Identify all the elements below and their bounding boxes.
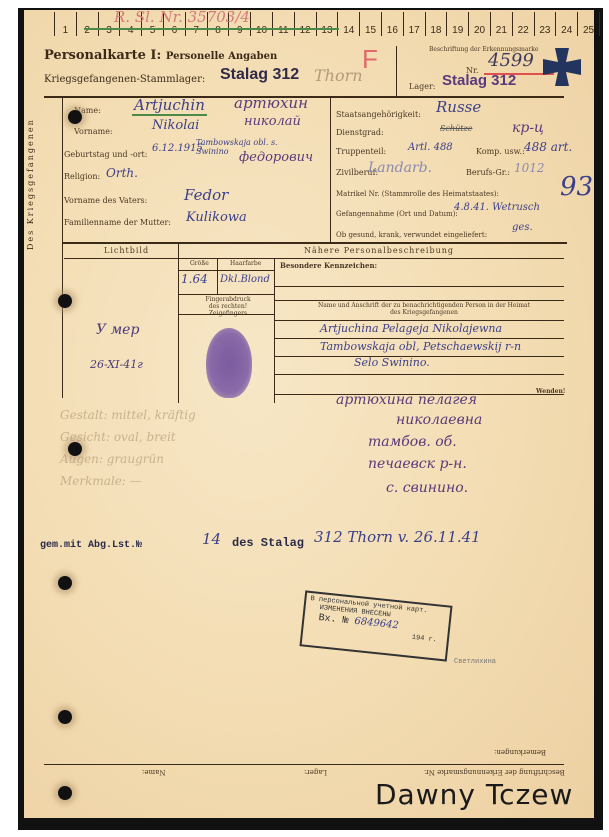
religion-value: Orth. [106,166,138,180]
pencil-merkmale: Merkmale: — [60,474,142,488]
heimat-rule-4 [274,374,564,375]
number-strip-cell: 19 [447,12,469,36]
number-strip-cell: 22 [513,12,535,36]
gesund-value: ges. [512,222,533,233]
mutter-value: Kulikowa [186,210,247,225]
heimat-line-2: Tambowskaja obl, Petschaewskij r-n [320,340,521,353]
footer-name: Name: [142,768,165,776]
vater-label: Vorname des Vaters: [64,196,147,205]
number-strip-cell: 2 [77,12,99,36]
religion-label: Religion: [64,172,100,181]
heimat-rule-2 [274,338,564,339]
number-strip-cell: 15 [360,12,382,36]
staat-label: Staatsangehörigkeit: [336,110,421,119]
lichtbild-note-2: 26-XI-41г [90,358,143,371]
cyrillic-line-3: тамбов. об. [368,434,457,450]
pencil-gestalt: Gestalt: mittel, kräftig [60,408,196,422]
heimat-rule-1 [274,320,564,321]
truppenteil-value: Artl. 488 [408,142,453,153]
staat-value: Russe [436,98,481,116]
groesse-rule [178,270,274,271]
kennzeichen-rule-1 [274,286,564,287]
matrikel-label: Matrikel Nr. (Stammrolle des Heimatstaat… [336,190,499,198]
wenden-label: Wenden! [536,388,565,395]
punch-hole [58,786,72,800]
berufsgr-label: Berufs-Gr.: [466,168,510,177]
dienstgrad-value: Schütze [440,124,472,133]
finger-label-1: Fingerabdruck [198,296,258,303]
side-number: 93 [560,172,593,202]
footer-lager: Lager: [304,768,327,776]
geburt-label: Geburtstag und -ort: [64,150,147,159]
nr-value: 4599 [488,50,534,71]
number-strip-cell: 17 [404,12,426,36]
komp-label: Komp. usw.: [476,147,525,156]
left-margin-line [62,98,63,398]
dienstgrad-label: Dienstgrad: [336,128,384,137]
cyrillic-line-2: николаевна [396,412,482,428]
kennzeichen-rule-2 [274,300,564,301]
heimat-label-2: des Kriegsgefangenen [314,309,534,316]
lichtbild-header: Lichtbild [104,246,149,255]
punch-hole [58,710,72,724]
vertical-label: Des Kriegsgefangenen [26,118,35,250]
name-cyrillic: артюхин [234,94,308,112]
stammlager-hand: Thorn [314,66,363,85]
transfer-middle: des Stalag [232,536,304,550]
stammlager-label: Kriegsgefangenen-Stammlager: [44,74,205,85]
heimat-label: Name und Anschrift der zu benachrichtige… [314,302,534,316]
vorname-value: Nikolai [152,118,199,133]
personal-divider [330,98,331,244]
registration-stamp: В персональной учетной карт. ИЗМЕНЕНИЯ В… [299,590,452,661]
heimat-label-1: Name und Anschrift der zu benachrichtige… [314,302,534,309]
number-strip-cell: 20 [469,12,491,36]
transfer-suffix: 312 Thorn v. 26.11.41 [314,528,481,546]
kennzeichen-label: Besondere Kennzeichen: [280,261,377,270]
mutter-label: Familienname der Mutter: [64,218,171,227]
number-strip-cell: 23 [535,12,557,36]
haarfarbe-value: Dkl.Blond [220,274,270,285]
groesse-divider [217,258,218,294]
berufsgr-value: 1012 [514,161,545,175]
lager-label: Lager: [409,82,435,91]
punch-hole [58,294,72,308]
groesse-label: Größe [190,260,209,267]
personalkarte: 1234567891011121314151617181920212223242… [24,10,594,818]
watermark: Dawny Tczew [375,778,573,811]
vorname-cyrillic: николай [244,114,301,129]
finger-box-rule [178,314,274,315]
green-underline [132,114,207,116]
title-text: Personalkarte I: [44,48,161,63]
komp-value: 488 art. [524,140,572,154]
footer-bemerkungen: Bemerkungen: [494,748,546,756]
cross-stamp-icon [541,46,583,88]
transfer-number: 14 [202,530,221,548]
finger-rule [178,294,274,295]
footer-rule [44,764,564,765]
punch-hole [68,442,82,456]
haarfarbe-label: Haarfarbe [230,260,261,267]
number-strip-cell: 13 [317,12,339,36]
lager-value: Stalag 312 [442,72,516,89]
gefangennahme-label: Gefangennahme (Ort und Datum): [336,210,458,218]
number-strip-cell: 24 [556,12,578,36]
number-strip-cell: 21 [491,12,513,36]
fingerprint [206,328,252,398]
vorname-label: Vorname: [74,127,113,136]
cyrillic-line-5: с. свинино. [386,480,468,496]
strip-note: R. Sl. Nr. 35703/4 [114,8,250,26]
lichtbild-divider [178,243,179,403]
heimat-line-3: Selo Swinino. [354,356,430,369]
truppenteil-label: Truppenteil: [336,147,386,156]
cyrillic-line-4: печаевск р-н. [368,456,467,472]
gefangennahme-value: 4.8.41. Wetrusch [454,202,540,213]
lichtbild-note-1: У мер [96,322,139,338]
lower-header-rule [64,258,564,259]
groesse-value: 1.64 [181,272,208,286]
number-strip-cell: 10 [251,12,273,36]
cyrillic-line-1: артюхина пелагея [336,392,477,408]
vater-value: Fedor [184,186,228,204]
number-strip-cell: 1 [55,12,77,36]
number-strip-cell: 25 [578,12,600,36]
beschreibung-header: Nähere Personalbeschreibung [304,246,454,255]
patronym-cyrillic: федорович [239,150,313,165]
stammlager-value: Stalag 312 [220,66,299,84]
footer-marke: Beschriftung der Erkennungsmarke Nr. [424,768,565,776]
stamp-signature: Светлихина [454,658,496,666]
card-title: Personalkarte I: Personelle Angaben [44,48,277,63]
dienstgrad-cyrillic: кр-ц [512,120,544,136]
heimat-line-1: Artjuchina Pelageja Nikolajewna [320,322,502,335]
green-strike-line [84,28,339,30]
number-strip-cell: 14 [338,12,360,36]
subtitle-text: Personelle Angaben [166,51,277,62]
section-rule [62,242,567,244]
header-divider [396,46,397,96]
red-mark: F [362,44,378,75]
name-value: Artjuchin [134,96,205,114]
punch-hole [68,110,82,124]
zivilberuf-value: Landarb. [368,160,432,176]
number-strip-cell: 18 [426,12,448,36]
finger-divider [274,258,275,403]
punch-hole [58,576,72,590]
number-strip-cell: 12 [295,12,317,36]
transfer-prefix: gem.mit Abg.Lst.№ [40,540,142,551]
gesund-label: Ob gesund, krank, verwundet eingeliefert… [336,231,487,239]
number-strip-cell: 11 [273,12,295,36]
number-strip-cell: 16 [382,12,404,36]
